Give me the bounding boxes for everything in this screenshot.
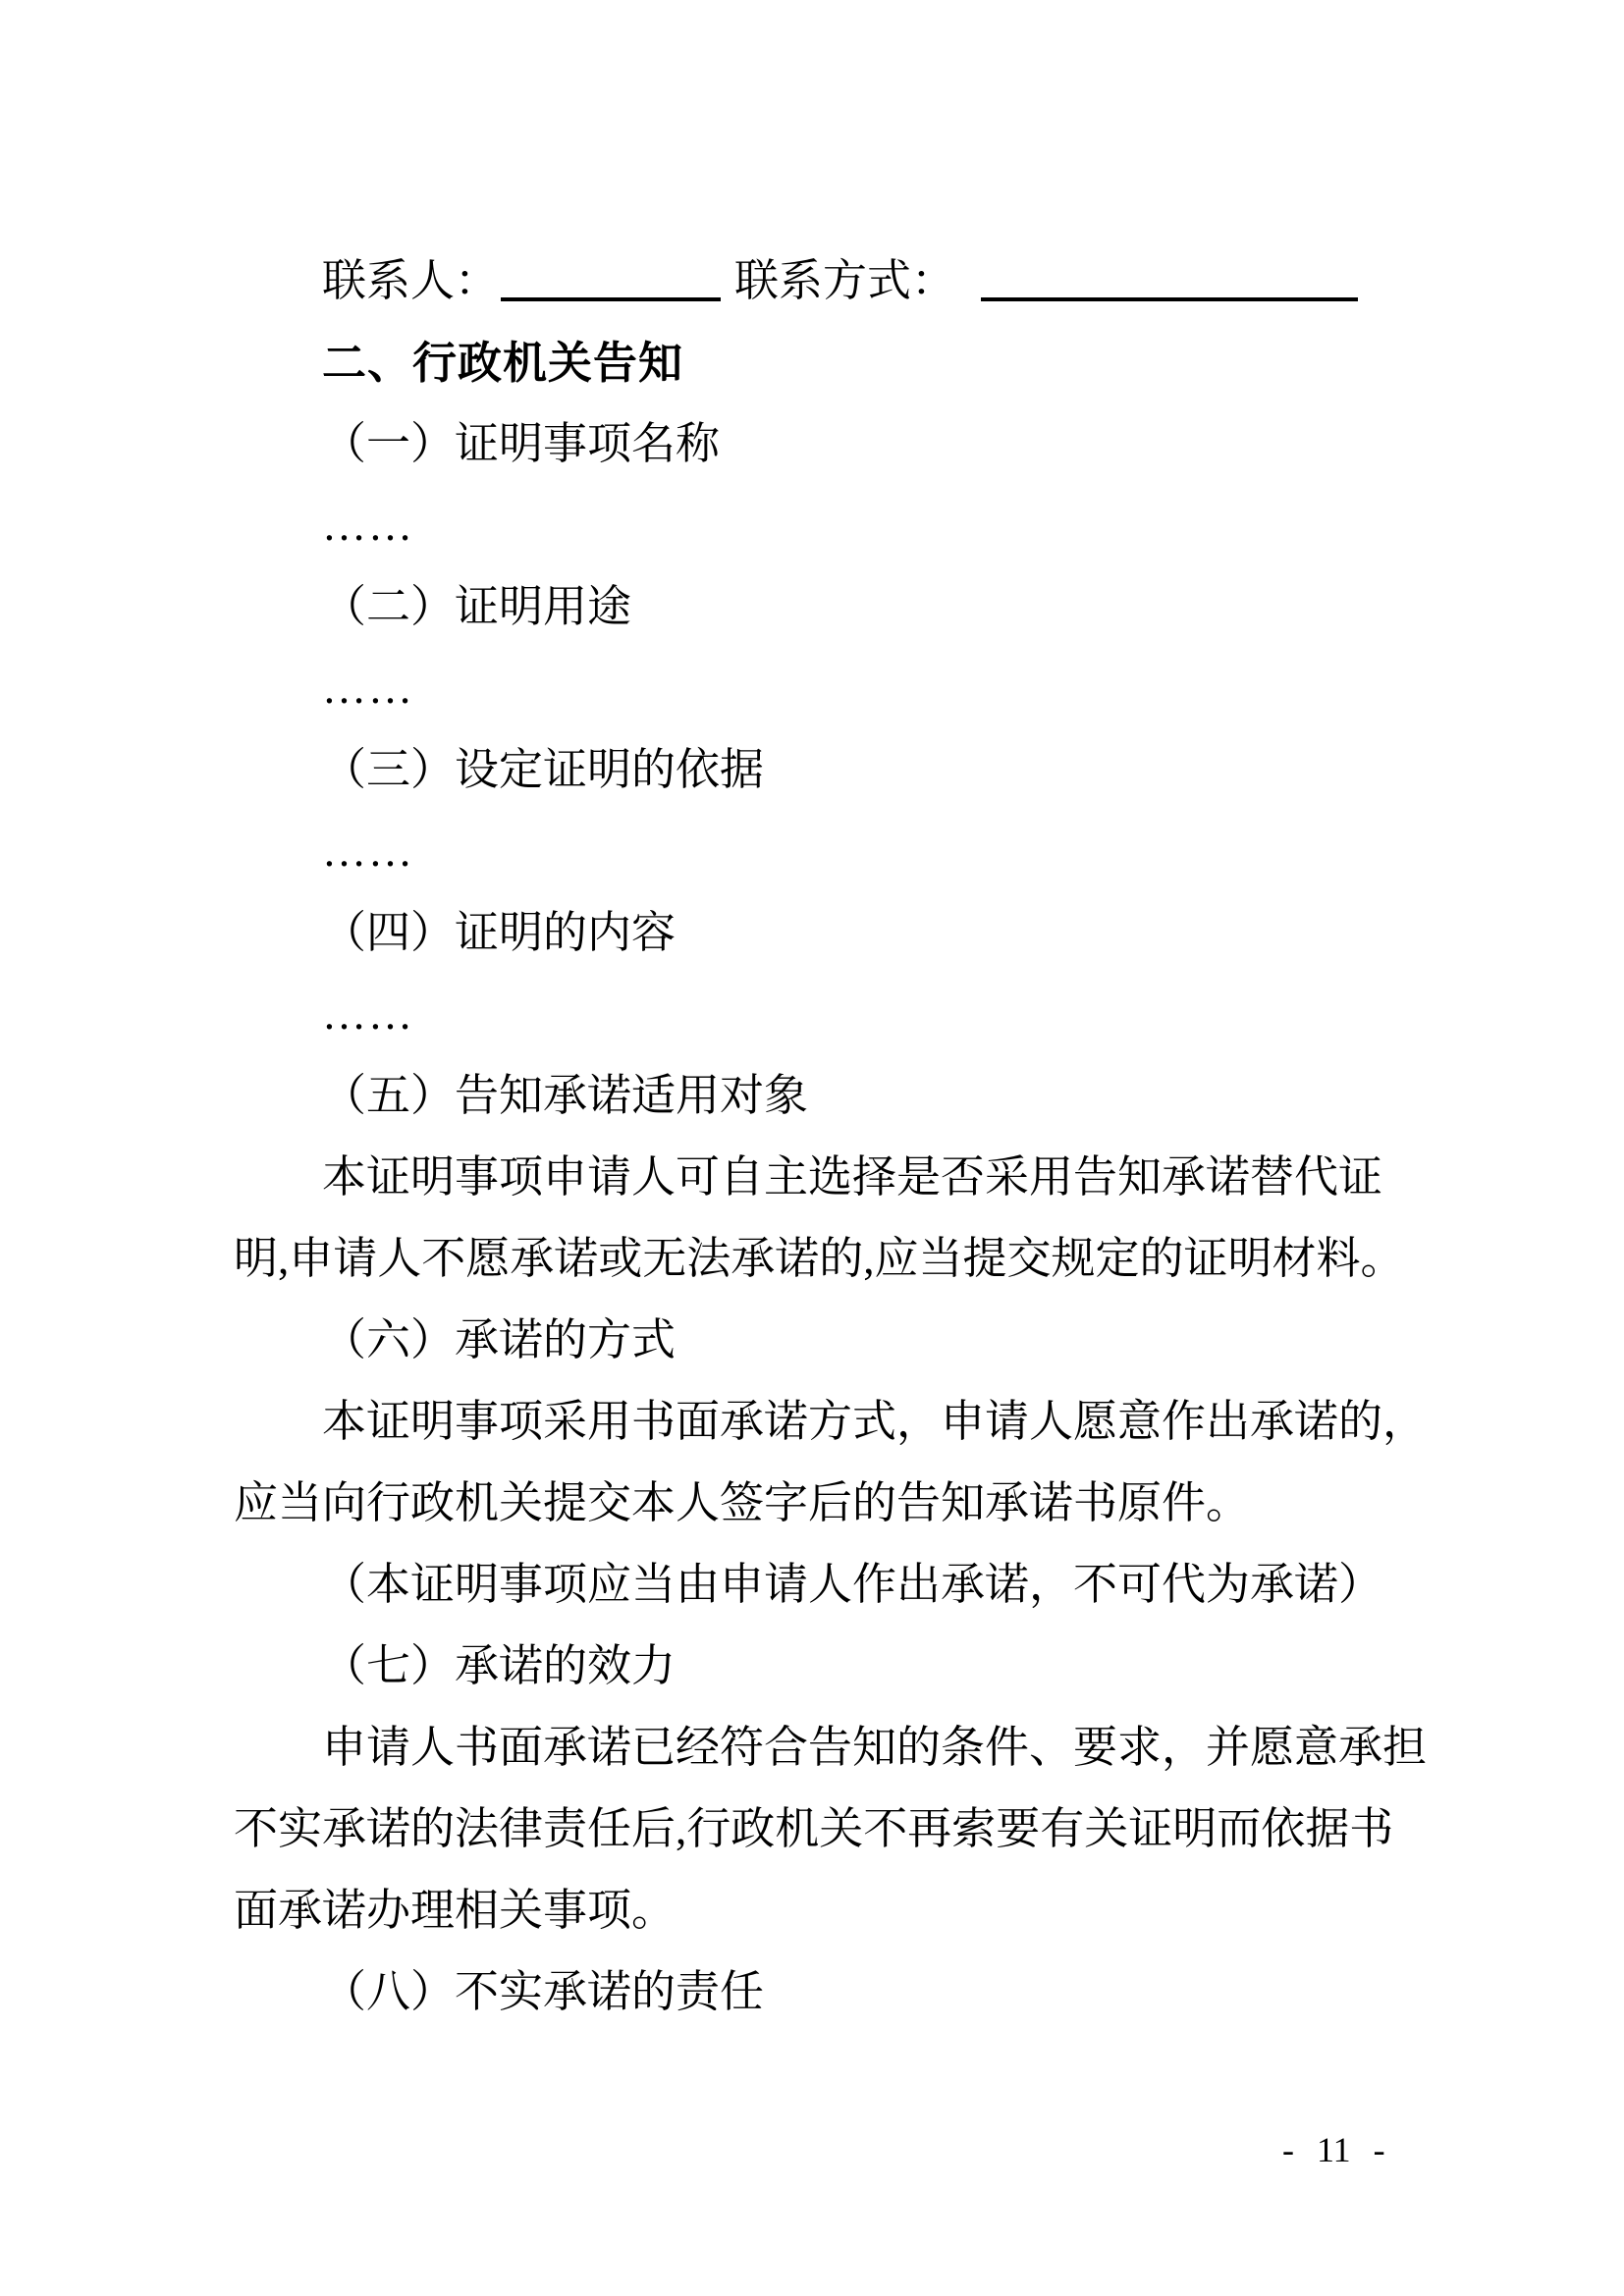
item-4-title: （四）证明的内容: [234, 892, 1427, 974]
contact-line: 联系人：联系方式：: [234, 240, 1427, 322]
section-heading: 二、行政机关告知: [234, 322, 1427, 403]
item-2-title: （二）证明用途: [234, 566, 1427, 648]
item-6-body-line-1: 本证明事项采用书面承诺方式，申请人愿意作出承诺的，: [234, 1381, 1427, 1463]
ellipsis-placeholder-1: ……: [234, 485, 1427, 566]
contact-method-label: 联系方式：: [734, 256, 955, 305]
item-1-title: （一）证明事项名称: [234, 403, 1427, 485]
item-6-title: （六）承诺的方式: [234, 1300, 1427, 1381]
item-3-title: （三）设定证明的依据: [234, 729, 1427, 811]
item-6-body-line-2: 应当向行政机关提交本人签字后的告知承诺书原件。: [234, 1463, 1427, 1544]
item-6-note: （本证明事项应当由申请人作出承诺，不可代为承诺）: [234, 1544, 1427, 1626]
item-8-title: （八）不实承诺的责任: [234, 1951, 1427, 2033]
item-7-body-line-3: 面承诺办理相关事项。: [234, 1870, 1427, 1951]
item-7-title: （七）承诺的效力: [234, 1626, 1427, 1707]
item-7-body-line-2: 不实承诺的法律责任后,行政机关不再索要有关证明而依据书: [234, 1789, 1427, 1870]
contact-method-blank: [981, 250, 1358, 301]
ellipsis-placeholder-3: ……: [234, 811, 1427, 892]
item-5-title: （五）告知承诺适用对象: [234, 1055, 1427, 1137]
document-page: 联系人：联系方式： 二、行政机关告知 （一）证明事项名称 …… （二）证明用途 …: [0, 0, 1624, 2296]
ellipsis-placeholder-4: ……: [234, 974, 1427, 1055]
document-content: 联系人：联系方式： 二、行政机关告知 （一）证明事项名称 …… （二）证明用途 …: [234, 240, 1427, 2033]
contact-person-label: 联系人：: [322, 256, 499, 305]
contact-person-blank: [501, 250, 721, 301]
page-number: - 11 -: [1282, 2128, 1385, 2171]
ellipsis-placeholder-2: ……: [234, 648, 1427, 729]
item-7-body-line-1: 申请人书面承诺已经符合告知的条件、要求，并愿意承担: [234, 1707, 1427, 1789]
item-5-body-line-1: 本证明事项申请人可自主选择是否采用告知承诺替代证: [234, 1137, 1427, 1218]
item-5-body-line-2: 明,申请人不愿承诺或无法承诺的,应当提交规定的证明材料。: [234, 1218, 1427, 1300]
